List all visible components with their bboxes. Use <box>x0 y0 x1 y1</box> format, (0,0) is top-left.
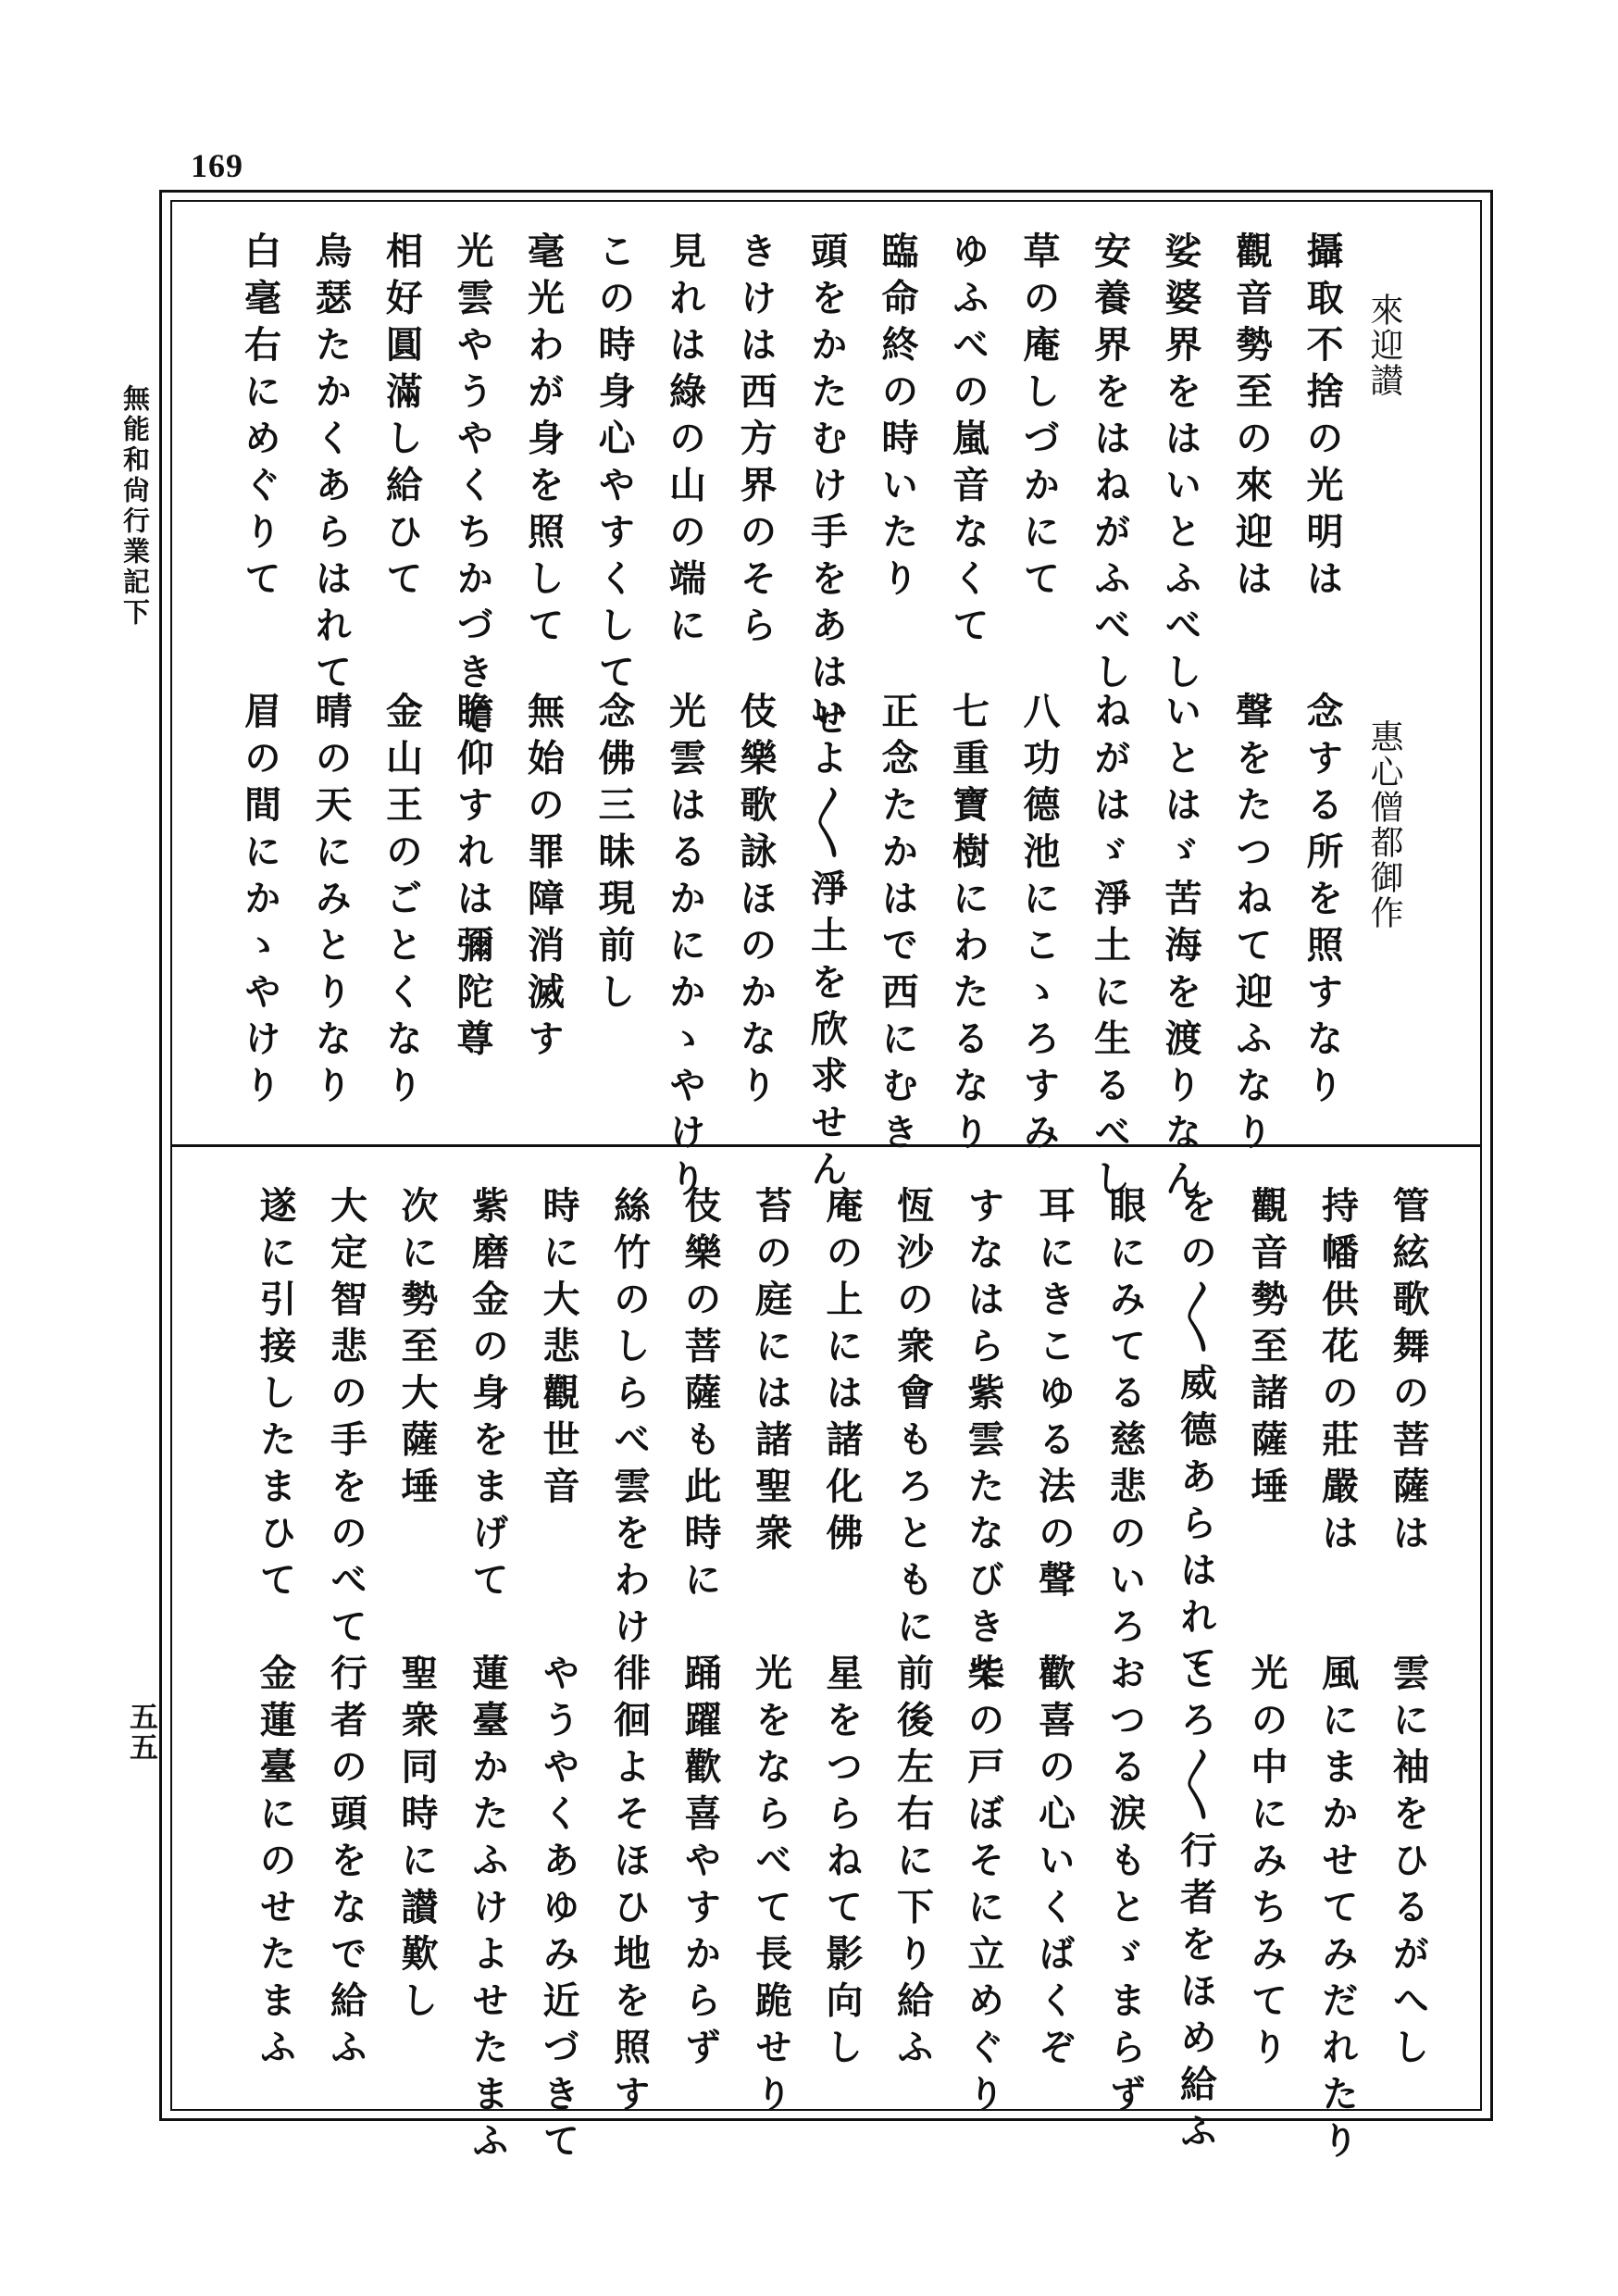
verse-upper-phrase: 毫光わが身を照して <box>517 231 569 653</box>
verse-lower-phrase: 聖衆同時に讃歎し <box>391 1653 442 2028</box>
poem-author: 惠心僧都御作 <box>1361 719 1408 930</box>
poem-title: 來迎讃 <box>1361 293 1408 398</box>
verse-upper-phrase: 攝取不捨の光明は <box>1296 231 1348 605</box>
verse-lower-phrase: 踊躍歡喜やすからず <box>674 1653 726 2075</box>
verse-upper-phrase: 安養界をはねがふべし <box>1084 231 1136 699</box>
running-title: 無能和尙行業記下 <box>117 384 155 629</box>
folio-number: 五五 <box>120 1702 162 1763</box>
verse-lower-phrase: いよ〳〵淨土を欣求せん <box>801 692 853 1196</box>
verse-upper-phrase: 白毫右にめぐりて <box>234 231 286 605</box>
verse-upper-phrase: 伎樂の菩薩も此時に <box>674 1186 726 1607</box>
verse-upper-phrase: 臨命終の時いたり <box>871 231 923 605</box>
verse-lower-phrase: 伎樂歌詠ほのかなり <box>729 692 781 1113</box>
verse-lower-phrase: いとはゞ苦海を渡りなん <box>1154 692 1206 1206</box>
verse-lower-phrase: ねがはゞ淨土に生るべし <box>1084 692 1136 1206</box>
verse-lower-phrase: 徘徊よそほひ地を照す <box>604 1653 655 2121</box>
verse-lower-phrase: 星をつらねて影向し <box>815 1653 867 2075</box>
verse-lower-phrase: 念佛三昧現前し <box>588 692 640 1019</box>
verse-upper-phrase: 時に大悲觀世音 <box>532 1186 584 1514</box>
verse-upper-phrase: 眼にみてる慈悲のいろ <box>1099 1186 1151 1653</box>
verse-upper-phrase: 庵の上には諸化佛 <box>815 1186 867 1560</box>
verse-lower-phrase: おつる涙もとゞまらず <box>1099 1653 1151 2121</box>
top-text-block: 來迎讃 惠心僧都御作 攝取不捨の光明は念する所を照すなり觀音勢至の來迎は聲をたつ… <box>172 204 1480 1142</box>
verse-upper-phrase: 絲竹のしらべ雲をわけ <box>604 1186 655 1653</box>
bottom-text-block: 管絃歌舞の菩薩は雲に袖をひるがへし持幡供花の莊嚴は風にまかせてみだれたり觀音勢至… <box>172 1149 1480 2109</box>
verse-upper-phrase: 見れは綠の山の端に <box>659 231 711 653</box>
verse-lower-phrase: ころ〳〵行者をほめ給ふ <box>1170 1653 1222 2158</box>
verse-upper-phrase: 烏瑟たかくあらはれて <box>305 231 356 699</box>
verse-lower-phrase: やうやくあゆみ近づきて <box>532 1653 584 2168</box>
verse-upper-phrase: この時身心やすくして <box>588 231 640 699</box>
verse-upper-phrase: 光雲やうやくちかづきて <box>446 231 498 746</box>
verse-lower-phrase: 金山王のごとくなり <box>376 692 428 1113</box>
verse-upper-phrase: 苔の庭には諸聖衆 <box>745 1186 797 1560</box>
verse-upper-phrase: をの〳〵威德あらはれて <box>1170 1186 1222 1691</box>
verse-upper-phrase: ゆふべの嵐音なくて <box>942 231 994 653</box>
verse-lower-phrase: 無始の罪障消滅す <box>517 692 569 1066</box>
verse-upper-phrase: 紫磨金の身をまげて <box>462 1186 514 1607</box>
verse-lower-phrase: 柴の戸ぼそに立めぐり <box>957 1653 1009 2121</box>
verse-lower-phrase: 行者の頭をなで給ふ <box>320 1653 372 2075</box>
verse-lower-phrase: 雲に袖をひるがへし <box>1382 1653 1434 2075</box>
verse-upper-phrase: 次に勢至大薩埵 <box>391 1186 442 1514</box>
verse-lower-phrase: 晴の天にみとりなり <box>305 692 356 1113</box>
verse-upper-phrase: 頭をかたむけ手をあはせ <box>801 231 853 746</box>
verse-lower-phrase: 八功德池にこゝろすみ <box>1013 692 1064 1159</box>
verse-upper-phrase: 相好圓滿し給ひて <box>376 231 428 605</box>
verse-upper-phrase: 大定智悲の手をのべて <box>320 1186 372 1653</box>
verse-upper-phrase: 觀音勢至の來迎は <box>1226 231 1277 605</box>
verse-upper-phrase: 耳にきこゆる法の聲 <box>1028 1186 1080 1607</box>
verse-upper-phrase: 草の庵しづかにて <box>1013 231 1064 605</box>
verse-lower-phrase: 瞻仰すれは彌陀尊 <box>446 692 498 1066</box>
verse-lower-phrase: 歡喜の心いくばくぞ <box>1028 1653 1080 2075</box>
verse-upper-phrase: 娑婆界をはいとふべし <box>1154 231 1206 699</box>
verse-lower-phrase: 光をならべて長跪せり <box>745 1653 797 2121</box>
verse-lower-phrase: 前後左右に下り給ふ <box>887 1653 939 2075</box>
verse-lower-phrase: 蓮臺かたふけよせたまふ <box>462 1653 514 2168</box>
verse-lower-phrase: 金蓮臺にのせたまふ <box>249 1653 301 2075</box>
verse-upper-phrase: 恆沙の衆會もろともに <box>887 1186 939 1653</box>
verse-lower-phrase: 光の中にみちみてり <box>1240 1653 1292 2075</box>
verse-upper-phrase: 管絃歌舞の菩薩は <box>1382 1186 1434 1560</box>
verse-upper-phrase: きけは西方界のそら <box>729 231 781 653</box>
verse-upper-phrase: 觀音勢至諸薩埵 <box>1240 1186 1292 1514</box>
verse-lower-phrase: 風にまかせてみだれたり <box>1312 1653 1363 2168</box>
verse-upper-phrase: すなはら紫雲たなびきて <box>957 1186 1009 1701</box>
verse-upper-phrase: 遂に引接したまひて <box>249 1186 301 1607</box>
verse-lower-phrase: 念する所を照すなり <box>1296 692 1348 1113</box>
verse-lower-phrase: 正念たかはで西にむき <box>871 692 923 1159</box>
verse-lower-phrase: 眉の間にかゝやけり <box>234 692 286 1113</box>
verse-lower-phrase: 聲をたつねて迎ふなり <box>1226 692 1277 1159</box>
page-number: 169 <box>191 146 243 185</box>
verse-lower-phrase: 光雲はるかにかゝやけり <box>659 692 711 1206</box>
verse-upper-phrase: 持幡供花の莊嚴は <box>1312 1186 1363 1560</box>
verse-lower-phrase: 七重寶樹にわたるなり <box>942 692 994 1159</box>
